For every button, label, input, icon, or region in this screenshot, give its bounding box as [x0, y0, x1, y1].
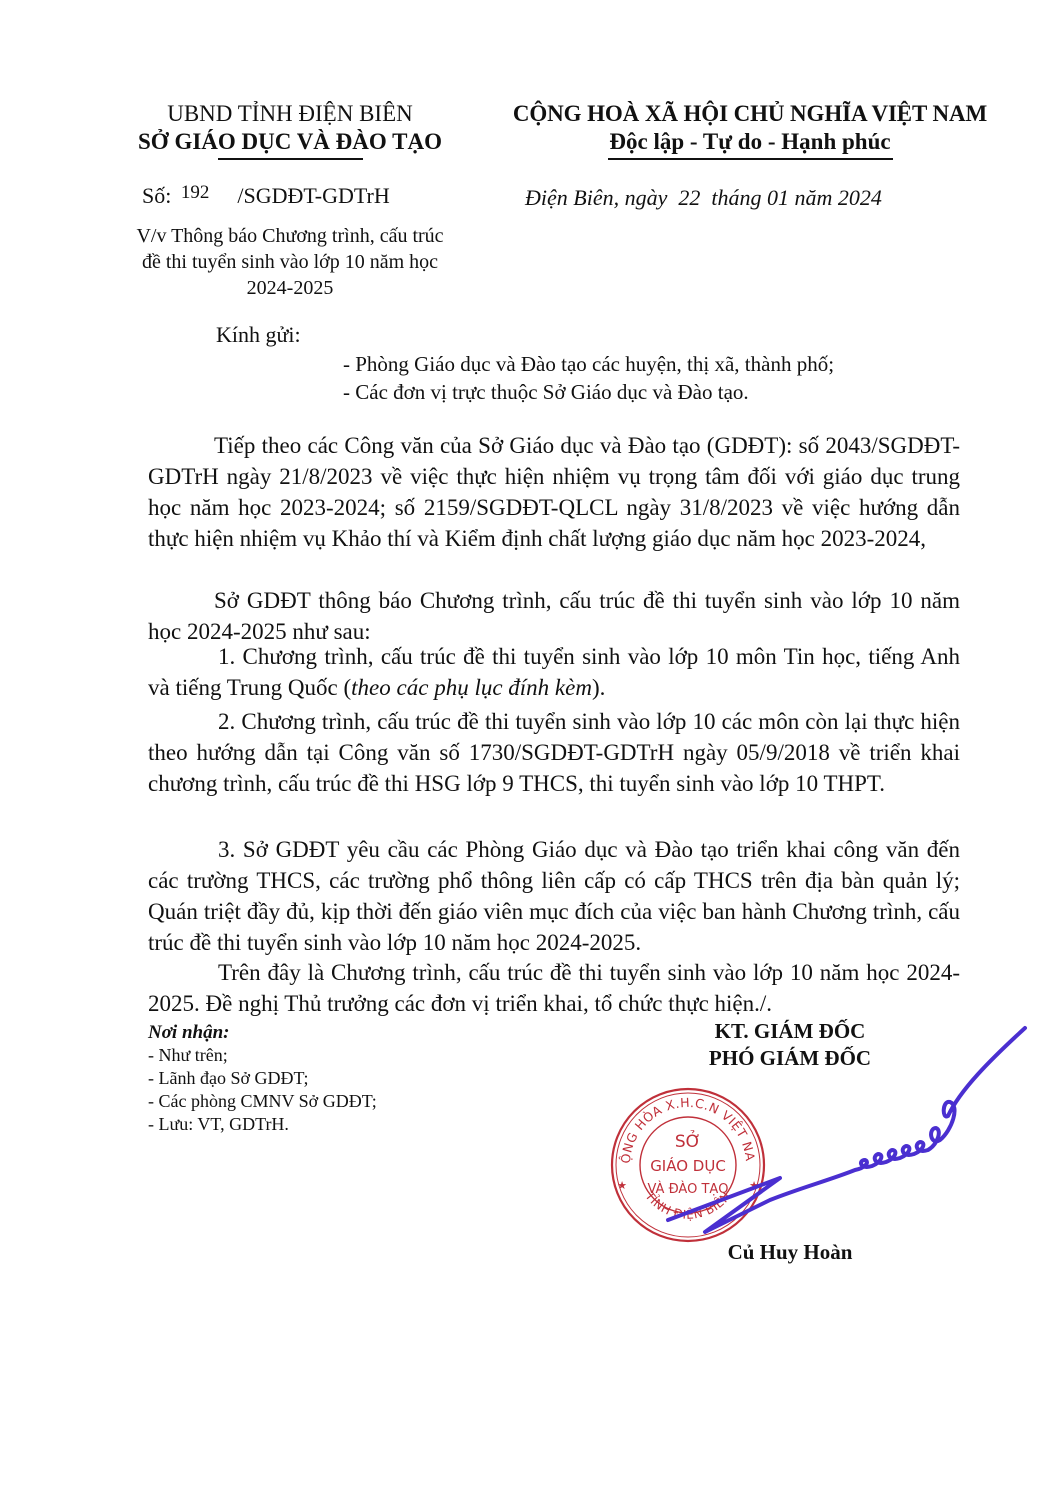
subject-line: 2024-2025 — [100, 275, 480, 301]
item-1-end: ). — [592, 675, 605, 700]
document-date: Điện Biên, ngày 22 tháng 01 năm 2024 — [525, 185, 882, 211]
recipient-item: - Lưu: VT, GDTrH. — [148, 1113, 377, 1136]
agency-province: UBND TỈNH ĐIỆN BIÊN — [100, 100, 480, 128]
paragraph-closing: Trên đây là Chương trình, cấu trúc đề th… — [148, 957, 960, 1019]
doc-number-label: Số: — [142, 183, 171, 208]
document-subject: V/v Thông báo Chương trình, cấu trúc đề … — [100, 223, 480, 301]
addressee-item: - Phòng Giáo dục và Đào tạo các huyện, t… — [343, 350, 834, 378]
issuing-agency: UBND TỈNH ĐIỆN BIÊN SỞ GIÁO DỤC VÀ ĐÀO T… — [100, 100, 480, 160]
item-1-attachment-note: theo các phụ lục đính kèm — [351, 675, 592, 700]
subject-line: V/v Thông báo Chương trình, cấu trúc — [100, 223, 480, 249]
item-3: 3. Sở GDĐT yêu cầu các Phòng Giáo dục và… — [148, 834, 960, 958]
recipient-item: - Các phòng CMNV Sở GDĐT; — [148, 1090, 377, 1113]
paragraph-reference: Tiếp theo các Công văn của Sở Giáo dục v… — [148, 430, 960, 554]
doc-number-suffix: /SGDĐT-GDTrH — [237, 183, 389, 208]
addressee-list: - Phòng Giáo dục và Đào tạo các huyện, t… — [343, 350, 834, 406]
addressee-label: Kính gửi: — [216, 322, 301, 348]
paragraph-announcement: Sở GDĐT thông báo Chương trình, cấu trúc… — [148, 585, 960, 647]
recipients-title: Nơi nhận: — [148, 1021, 377, 1044]
nation-motto: Độc lập - Tự do - Hạnh phúc — [480, 128, 1020, 156]
item-1: 1. Chương trình, cấu trúc đề thi tuyển s… — [148, 641, 960, 703]
agency-department: SỞ GIÁO DỤC VÀ ĐÀO TẠO — [100, 128, 480, 156]
national-title: CỘNG HOÀ XÃ HỘI CHỦ NGHĨA VIỆT NAM Độc l… — [480, 100, 1020, 160]
signer-name: Củ Huy Hoàn — [640, 1240, 940, 1265]
recipient-item: - Lãnh đạo Sở GDĐT; — [148, 1067, 377, 1090]
agency-underline — [218, 158, 363, 160]
recipient-item: - Như trên; — [148, 1044, 377, 1067]
subject-line: đề thi tuyển sinh vào lớp 10 năm học — [100, 249, 480, 275]
nation-name: CỘNG HOÀ XÃ HỘI CHỦ NGHĨA VIỆT NAM — [480, 100, 1020, 128]
document-number: Số: 192/SGDĐT-GDTrH — [142, 183, 390, 209]
item-2: 2. Chương trình, cấu trúc đề thi tuyển s… — [148, 706, 960, 799]
recipients-block: Nơi nhận: - Như trên; - Lãnh đạo Sở GDĐT… — [148, 1021, 377, 1136]
svg-text:★: ★ — [617, 1179, 627, 1192]
handwritten-signature-icon — [660, 1020, 1040, 1240]
addressee-item: - Các đơn vị trực thuộc Sở Giáo dục và Đ… — [343, 378, 834, 406]
motto-underline — [608, 158, 893, 160]
doc-number-value: 192 — [181, 182, 210, 203]
